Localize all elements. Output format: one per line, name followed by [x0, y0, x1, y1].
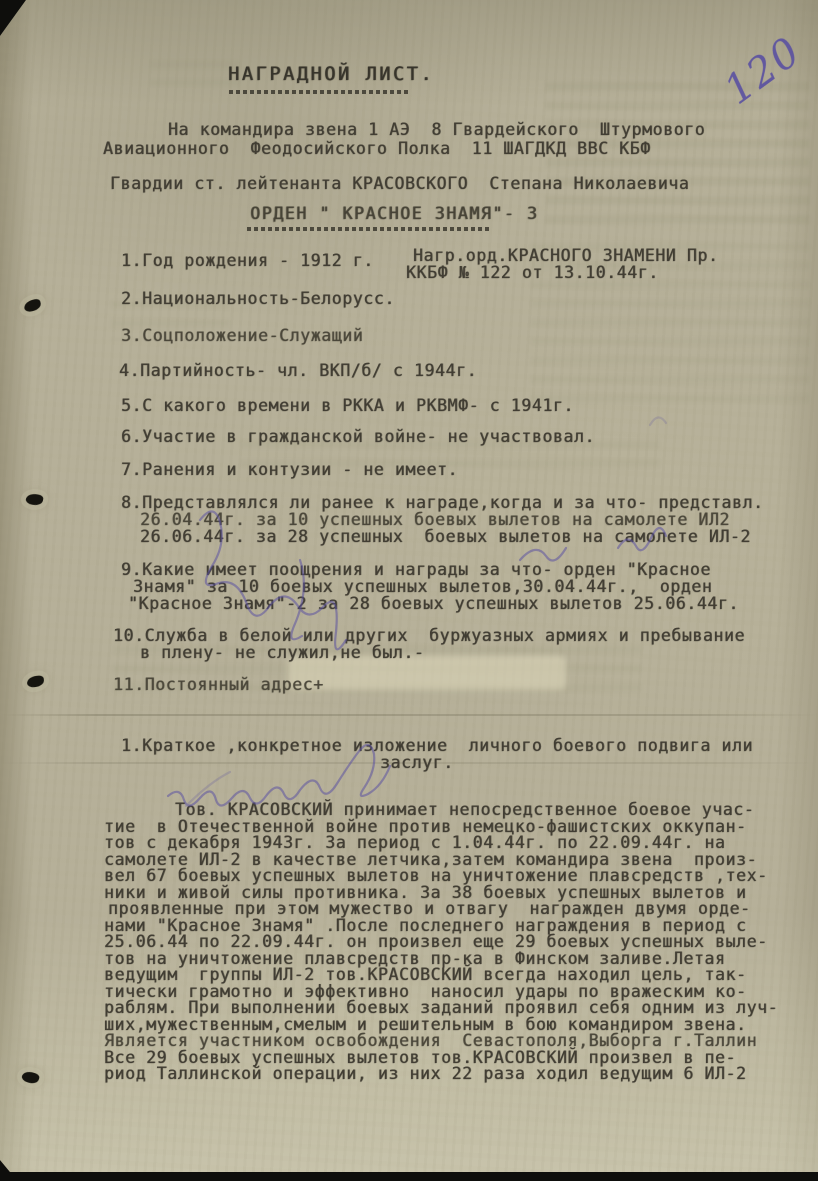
body-line: Является участником освобождения Севасто… [104, 1032, 757, 1049]
header-line-2: Авиационного Феодосийского Полка 11 ШАГД… [103, 140, 651, 157]
punch-hole [26, 675, 44, 688]
body-line: ведущим группы ИЛ-2 тов.КРАСОВСКИЙ всегд… [104, 966, 747, 983]
body-line: риод Таллинской операции, из них 22 раза… [104, 1065, 747, 1082]
body-line: тов с декабря 1943г. За период с 1.04.44… [104, 834, 726, 851]
item-6: 6.Участие в гражданской войне- не участв… [121, 428, 595, 445]
item-5: 5.С какого времени в РККА и РКВМФ- с 194… [121, 397, 574, 414]
body-line: 25.06.44 по 22.09.44г. он произвел еще 2… [104, 933, 768, 950]
award-underline [247, 227, 489, 231]
item-4: 4.Партийность- чл. ВКП/б/ с 1944г. [119, 362, 477, 379]
punch-hole [23, 298, 42, 313]
item-1: 1.Год рождения - 1912 г. [121, 252, 374, 269]
body-line: раблям. При выполнении боевых заданий пр… [104, 999, 778, 1016]
scanned-award-sheet: { "document_type": "Наградной лист (awar… [0, 0, 818, 1181]
fold-crease [0, 714, 818, 716]
punch-hole [21, 1070, 41, 1086]
award-title-line: ОРДЕН " КРАСНОЕ ЗНАМЯ"- 3 [250, 205, 538, 222]
document-page: 120 НАГРАДНОЙ ЛИСТ. На командира звена 1… [0, 0, 818, 1172]
item-9-line-2: Знамя" за 10 боевых успешных вылетов,30.… [133, 578, 712, 595]
item-8-line-3: 26.06.44г. за 28 успешных боевых вылетов… [140, 528, 751, 545]
section-heading-line-1: 1.Краткое ,конкретное изложение личного … [121, 737, 753, 754]
item-2: 2.Национальность-Белорусс. [121, 290, 395, 307]
body-line: Тов. КРАСОВСКИЙ принимает непосредственн… [175, 801, 754, 818]
side-note-line-1: Нагр.орд.КРАСНОГО ЗНАМЕНИ Пр. [413, 247, 718, 264]
body-line: вел 67 боевых успешных вылетов на уничто… [104, 867, 768, 884]
item-7: 7.Ранения и контузии - не имеет. [121, 461, 458, 478]
item-8-line-1: 8.Представлялся ли ранее к награде,когда… [121, 494, 764, 511]
title-underline [229, 90, 411, 94]
body-line: проявленные при этом мужество и отвагу н… [108, 900, 751, 917]
awardee-name-line: Гвардии ст. лейтенанта КРАСОВСКОГО Степа… [110, 175, 689, 192]
item-3: 3.Соцположение-Служащий [121, 327, 363, 344]
section-heading-line-2: заслуг. [380, 754, 454, 771]
header-line-1: На командира звена 1 АЭ 8 Гвардейского Ш… [168, 121, 705, 138]
bleedthrough-patch [150, 60, 240, 86]
punch-hole [25, 493, 44, 507]
item-9-line-1: 9.Какие имеет поощрения и награды за что… [121, 561, 711, 578]
item-11: 11.Постоянный адрес+ [113, 676, 324, 693]
item-10-line-1: 10.Служба в белой или других буржуазных … [113, 627, 745, 644]
item-9-line-3: "Красное Знамя"-2 за 28 боевых успешных … [128, 595, 739, 612]
side-note-line-2: ККБФ № 122 от 13.10.44г. [406, 264, 659, 281]
item-8-line-2: 26.04.44г. за 10 успешных боевых вылетов… [140, 511, 730, 528]
page-title: НАГРАДНОЙ ЛИСТ. [228, 66, 434, 83]
item-10-line-2: в плену- не служил,не был.- [140, 644, 424, 661]
handwritten-page-number: 120 [716, 28, 810, 114]
